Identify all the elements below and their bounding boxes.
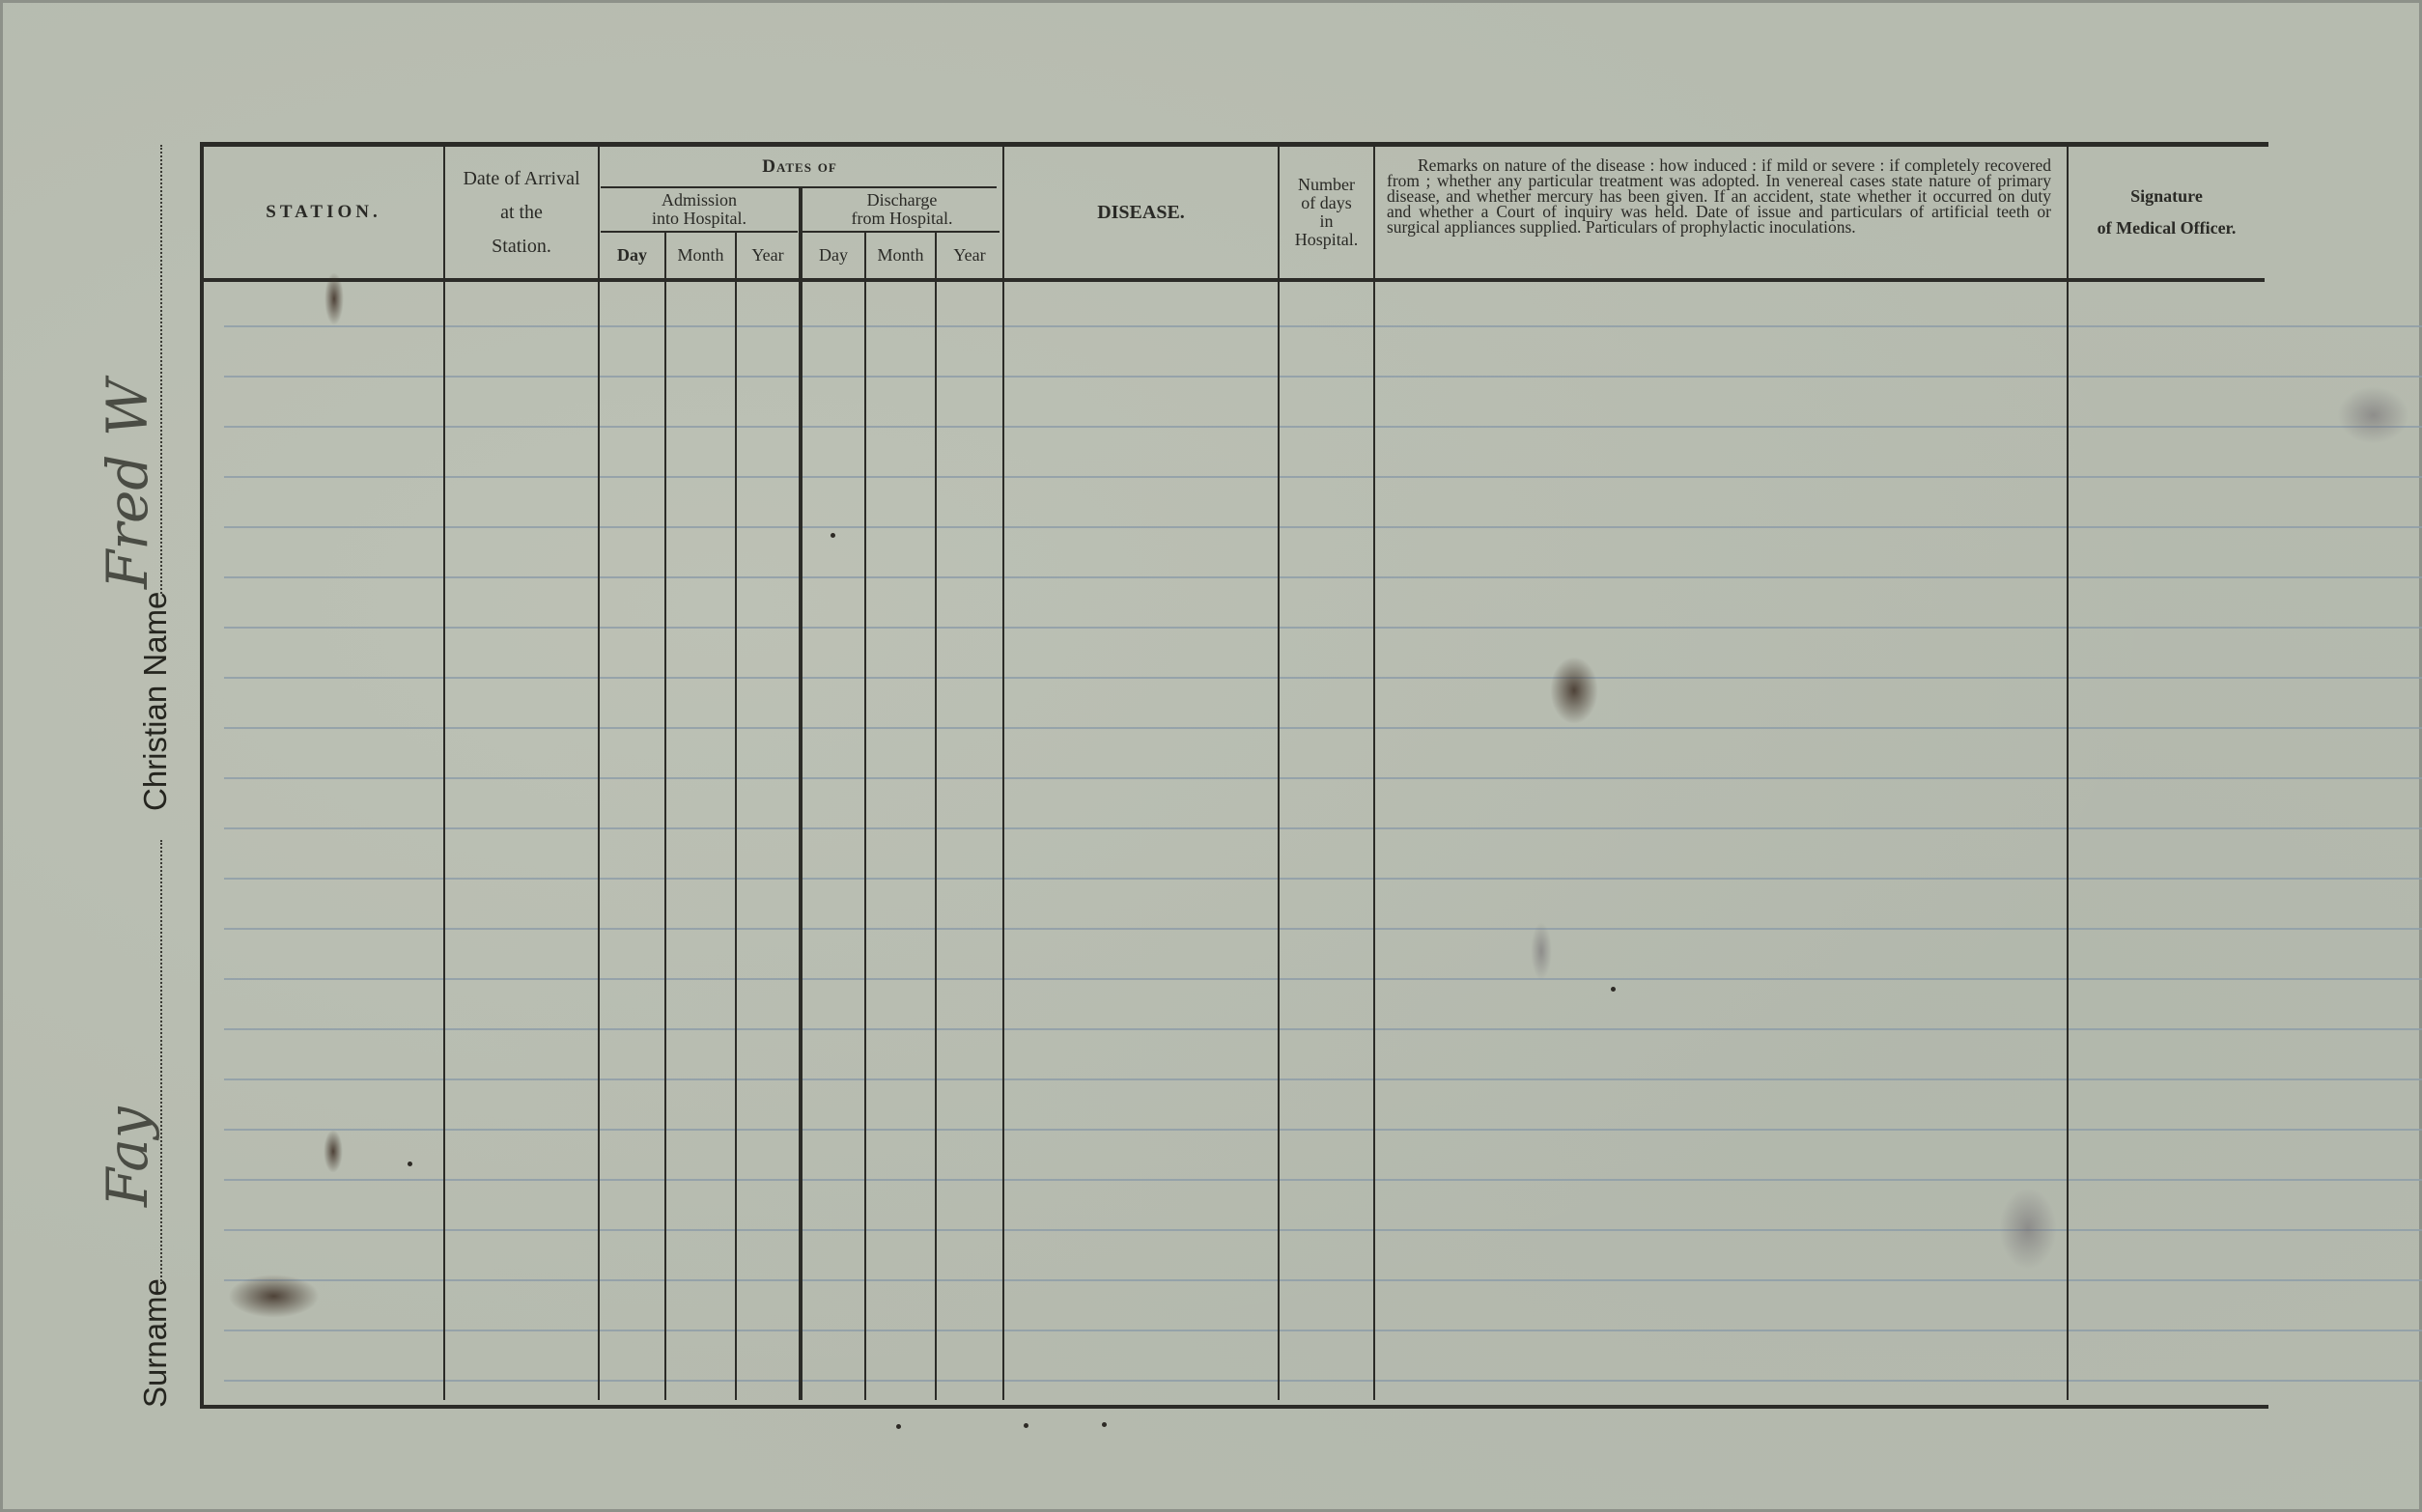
speck	[1611, 987, 1616, 992]
speck	[1102, 1422, 1107, 1427]
col-divider-adm-day	[664, 232, 666, 1400]
fingerprint-smudge	[2337, 386, 2409, 444]
header-signature-line1: Signature	[2130, 187, 2203, 206]
col-divider-adm-dis	[799, 188, 803, 1400]
christian-name-value[interactable]: Fred W	[95, 379, 160, 589]
speck	[408, 1162, 412, 1166]
header-remarks: Remarks on nature of the disease : how i…	[1387, 157, 2051, 235]
header-date-of-arrival-line3: Station.	[492, 237, 551, 257]
disease-column-body[interactable]	[1004, 282, 1278, 1398]
header-disease: DISEASE.	[1004, 147, 1278, 278]
remarks-column-body[interactable]	[1375, 282, 2067, 1398]
surname-line	[160, 840, 162, 1284]
days-column-body[interactable]	[1280, 282, 1373, 1398]
header-discharge: Discharge from Hospital.	[803, 188, 1001, 231]
header-date-of-arrival: Date of Arrival at the Station.	[445, 147, 598, 278]
col-divider-arrival	[598, 145, 600, 1400]
header-adm-month: Month	[666, 233, 735, 278]
col-divider-dis-day	[864, 232, 866, 1400]
signature-column-body[interactable]	[2069, 282, 2265, 1398]
col-divider-dis-month	[935, 232, 937, 1400]
speck	[1024, 1423, 1028, 1428]
ink-blot	[1550, 657, 1598, 724]
ink-blot	[324, 272, 344, 325]
station-column-body[interactable]	[204, 282, 443, 1398]
surname-label: Surname	[137, 1278, 174, 1408]
header-dis-month: Month	[866, 233, 935, 278]
header-adm-year: Year	[737, 233, 799, 278]
col-divider-adm-month	[735, 232, 737, 1400]
header-number-line2: of days	[1301, 194, 1352, 212]
header-signature-line2: of Medical Officer.	[2098, 219, 2237, 238]
header-dis-day: Day	[803, 233, 864, 278]
header-station: STATION.	[204, 147, 443, 278]
record-sheet: STATION. Date of Arrival at the Station.…	[0, 0, 2422, 1512]
header-dates-of: Dates of	[600, 148, 1000, 186]
header-admission-line2: into Hospital.	[652, 210, 746, 228]
header-number-of-days: Number of days in Hospital.	[1280, 147, 1373, 278]
smudge-mark	[1531, 922, 1552, 980]
header-admission: Admission into Hospital.	[600, 188, 799, 231]
speck	[831, 533, 835, 538]
header-signature: Signature of Medical Officer.	[2069, 147, 2265, 278]
header-number-line3: in	[1319, 212, 1333, 231]
header-number-line4: Hospital.	[1295, 231, 1359, 249]
header-discharge-line2: from Hospital.	[852, 210, 953, 228]
ink-blot	[228, 1274, 320, 1318]
arrival-column-body[interactable]	[445, 282, 598, 1398]
fingerprint-smudge	[1999, 1188, 2057, 1270]
header-date-of-arrival-line2: at the	[500, 203, 543, 223]
speck	[896, 1424, 901, 1429]
header-discharge-line1: Discharge	[867, 191, 938, 210]
christian-name-line	[160, 145, 162, 594]
header-date-of-arrival-line1: Date of Arrival	[463, 169, 579, 189]
surname-value[interactable]: Fay	[95, 1106, 160, 1207]
header-admission-line1: Admission	[662, 191, 737, 210]
header-adm-day: Day	[600, 233, 664, 278]
ink-blot	[324, 1130, 343, 1173]
header-number-line1: Number	[1298, 176, 1355, 194]
christian-name-label: Christian Name	[137, 592, 174, 811]
header-dis-year: Year	[937, 233, 1002, 278]
